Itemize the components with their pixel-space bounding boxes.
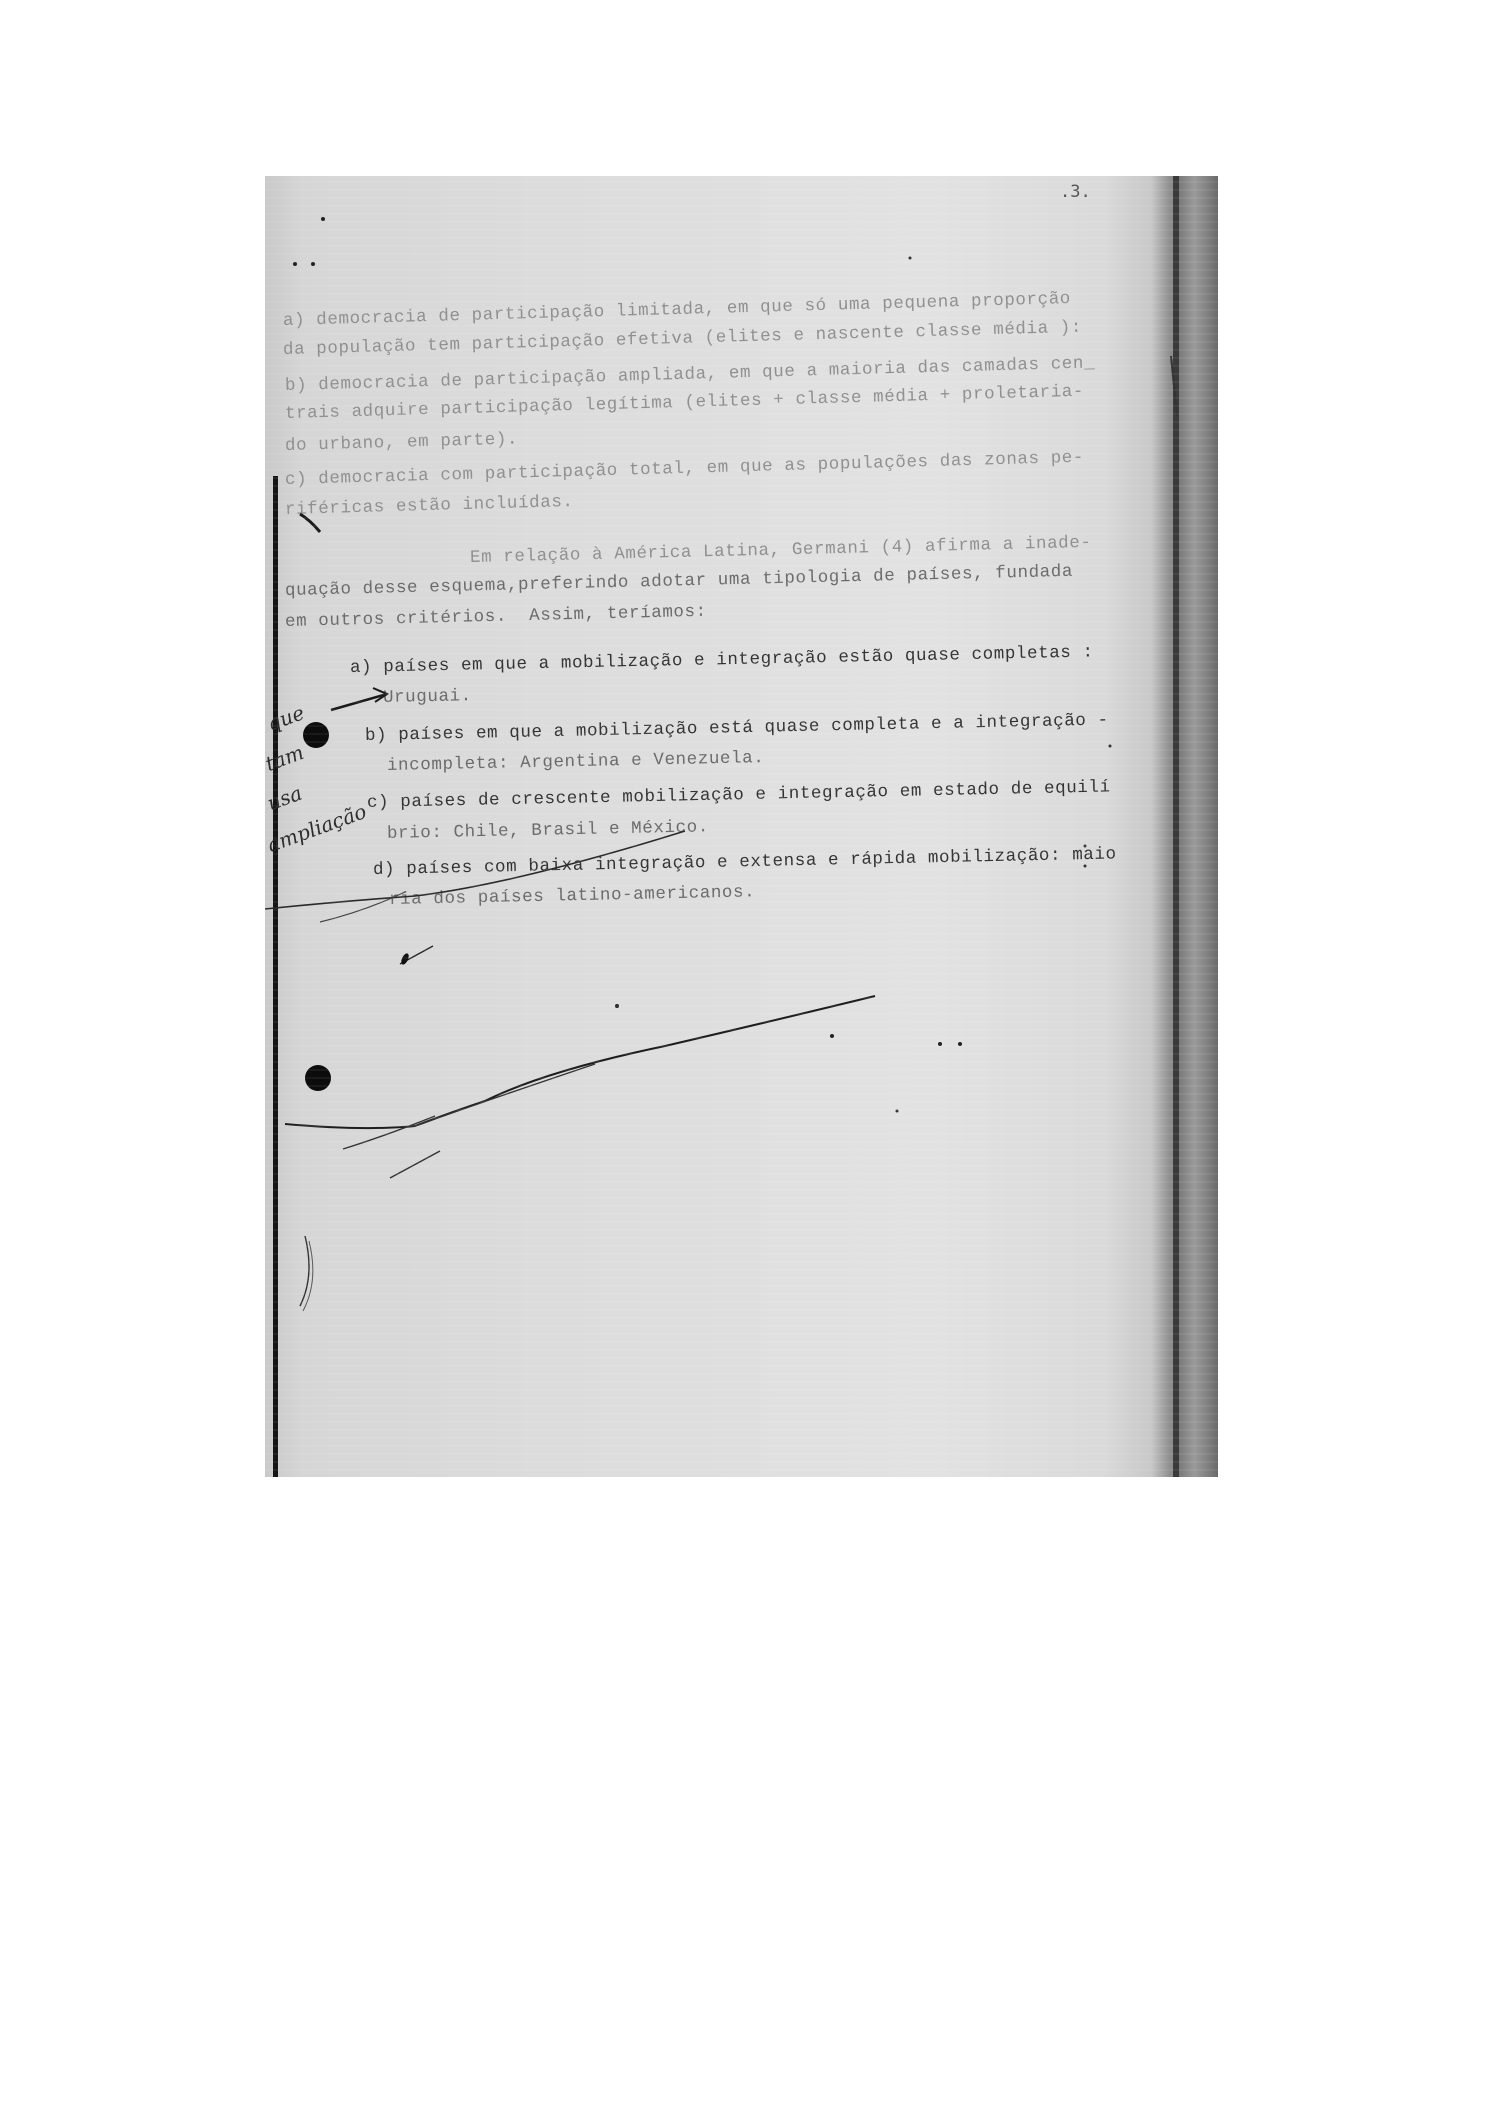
- country-d-line-1: d) países com baixa integração e extensa…: [373, 844, 1117, 880]
- page-number: .3.: [1060, 182, 1091, 202]
- margin-note-1: que: [265, 700, 308, 735]
- typology-c-line-2: riféricas estão incluídas.: [285, 492, 574, 520]
- country-c-line-1: c) países de crescente mobilização e int…: [367, 777, 1111, 813]
- punch-hole-bottom: [305, 1065, 331, 1091]
- country-b-line-2: incompleta: Argentina e Venezuela.: [387, 748, 765, 776]
- scanned-page: .3. a) democracia de participação limita…: [265, 176, 1218, 1477]
- margin-note-2: tam: [265, 740, 307, 776]
- country-c-line-2: brio: Chile, Brasil e México.: [387, 817, 709, 844]
- typology-c-line-1: c) democracia com participação total, em…: [285, 448, 1085, 490]
- country-a-line-2: Uruguai.: [383, 686, 472, 708]
- paragraph-line-2: quação desse esquema,preferindo adotar u…: [285, 562, 1073, 601]
- margin-note-3: usa: [265, 781, 305, 816]
- typology-b-line-3: do urbano, em parte).: [285, 429, 519, 456]
- paragraph-line-3: em outros critérios. Assim, teríamos:: [285, 602, 707, 632]
- punch-hole-top: [303, 722, 329, 748]
- country-a-line-1: a) países em que a mobilização e integra…: [350, 642, 1094, 678]
- country-d-line-2: ria dos países latino-americanos.: [389, 882, 756, 910]
- country-b-line-1: b) países em que a mobilização está quas…: [365, 710, 1109, 746]
- page-left-edge: [273, 476, 278, 1477]
- page-right-edge: [1173, 176, 1179, 1477]
- page-right-shadow: [1179, 176, 1218, 1477]
